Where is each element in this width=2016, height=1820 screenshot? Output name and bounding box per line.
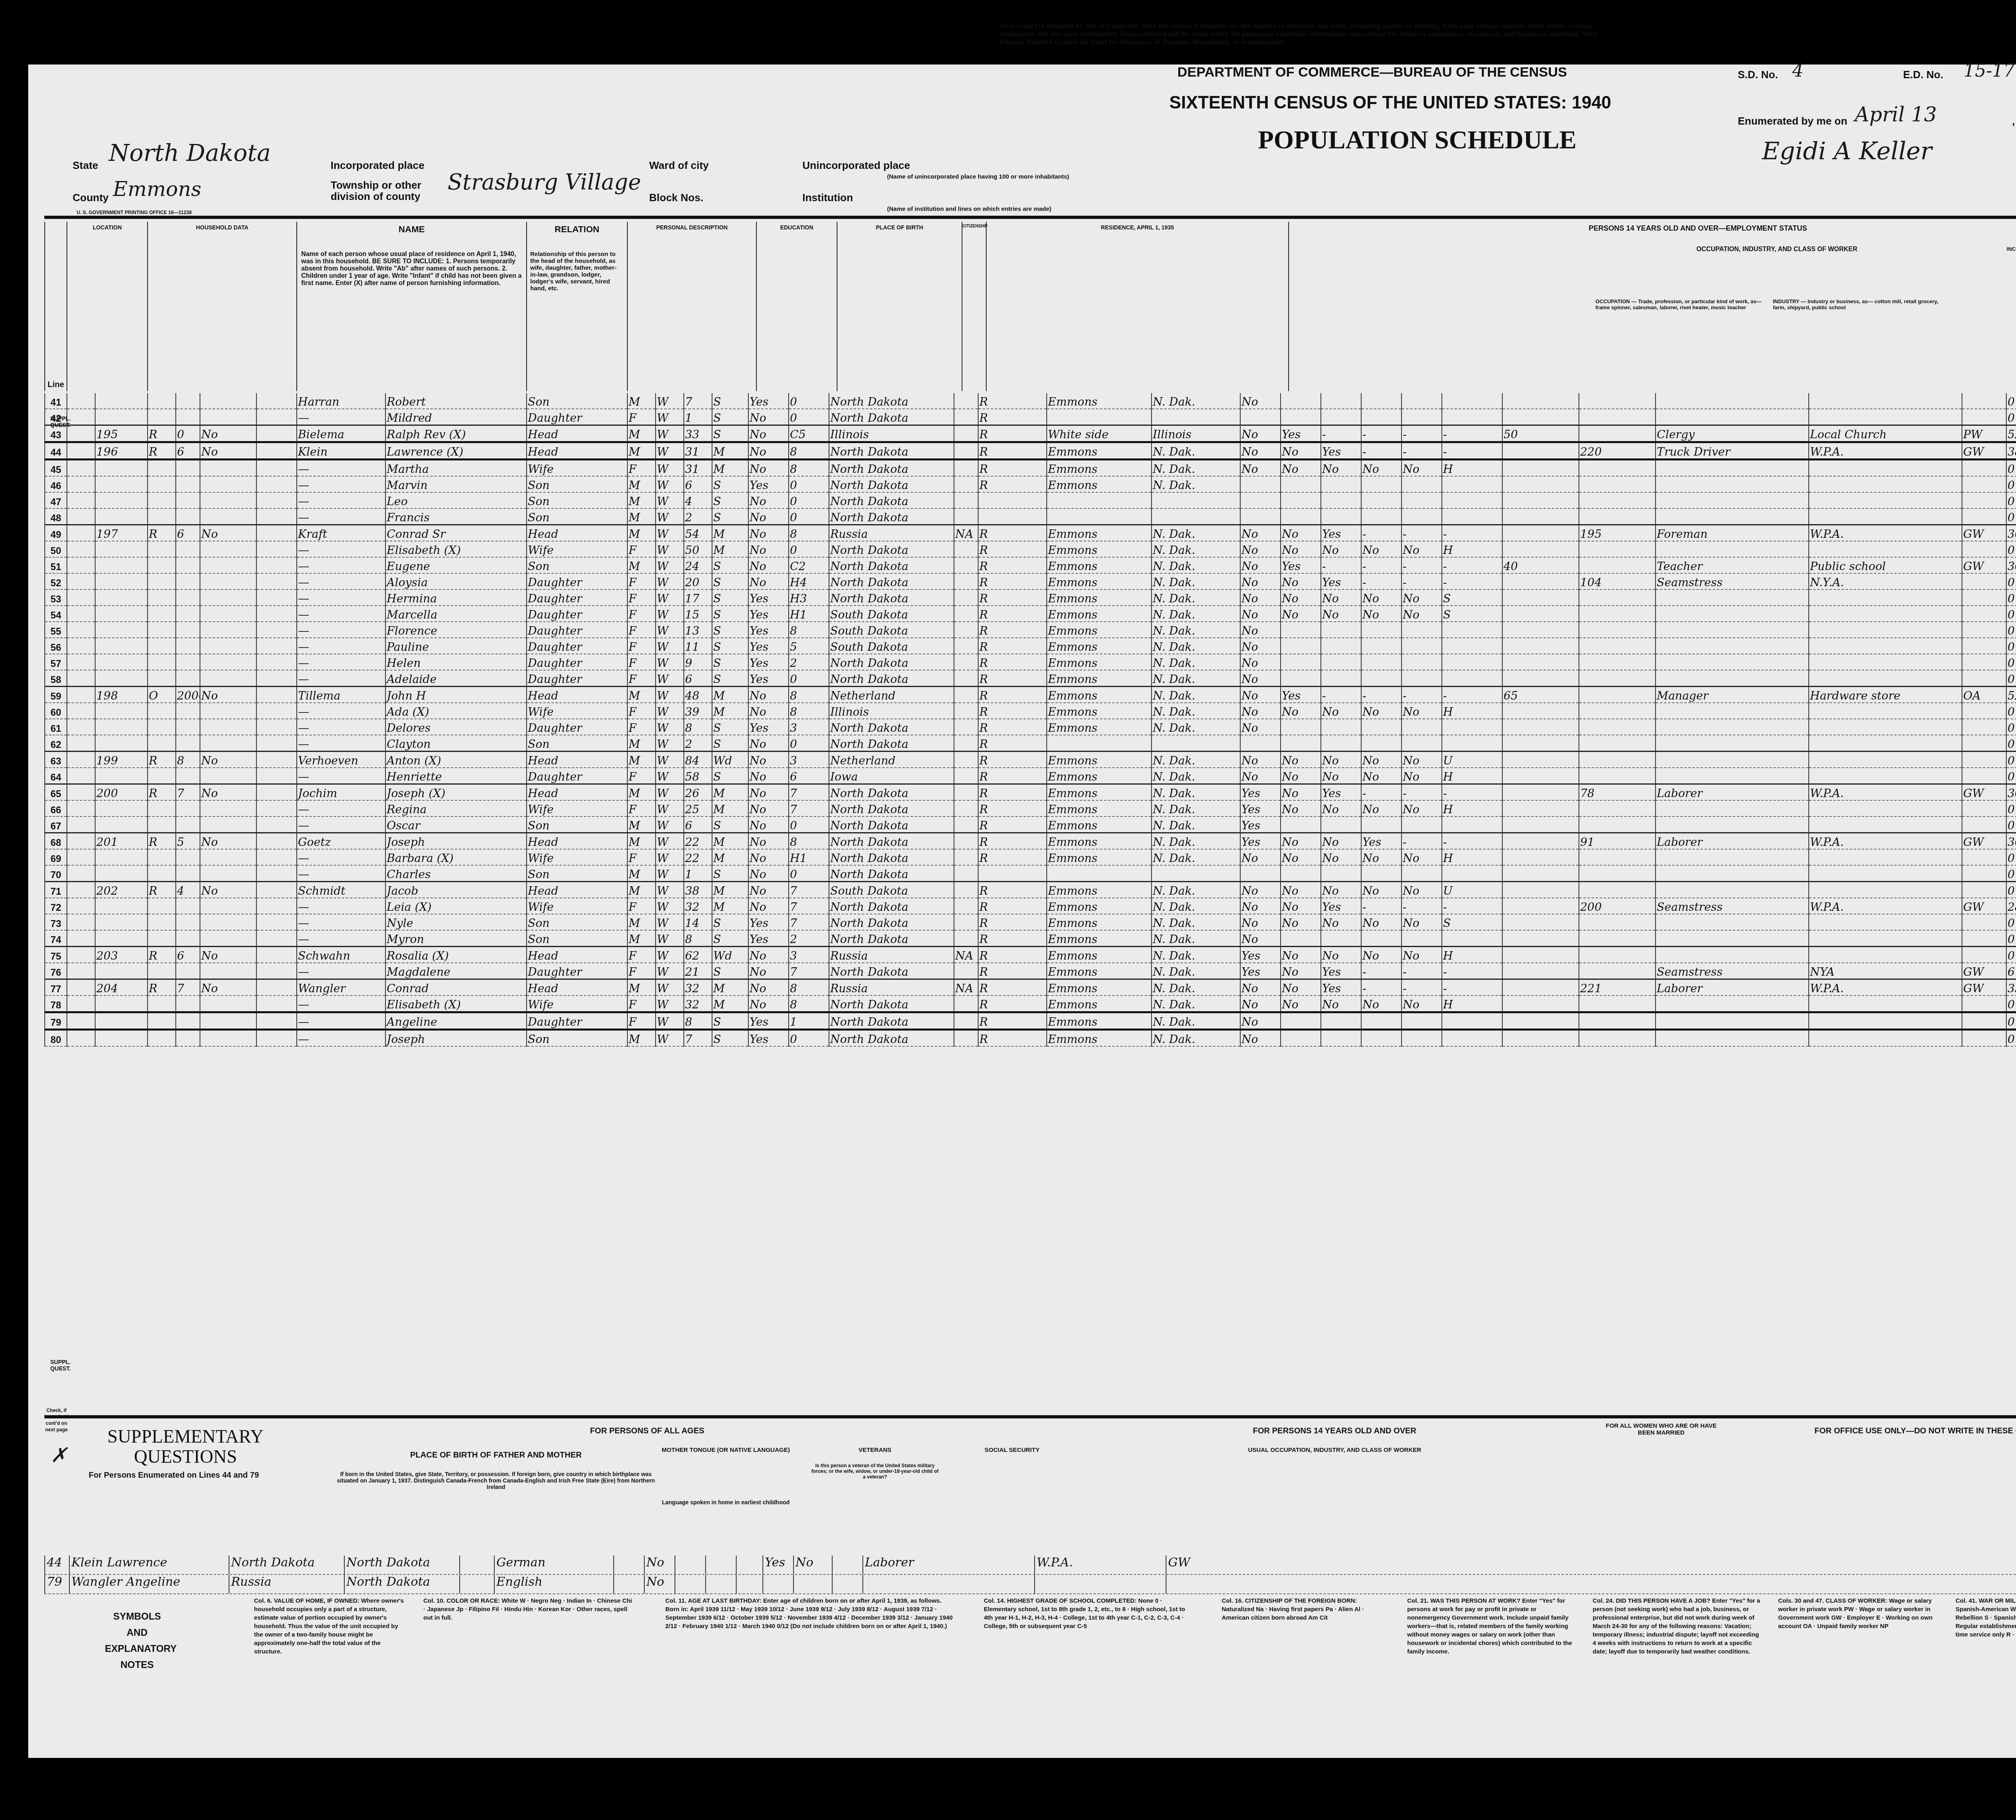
cell-c21 — [1281, 476, 1321, 492]
cell-line: 46 — [45, 476, 67, 492]
col-line-no: Line — [44, 222, 67, 391]
cell-given: Marcella — [385, 606, 527, 622]
cell-cit: NA — [954, 947, 978, 963]
cell-weeks: 0 — [2006, 914, 2016, 930]
cell-c24 — [1402, 492, 1442, 508]
cell-school: No — [748, 979, 789, 996]
cell-value — [176, 816, 200, 833]
cell-line: 44 — [45, 442, 67, 460]
cell-school: Yes — [748, 1030, 789, 1047]
cell-school: No — [748, 995, 789, 1012]
cell-grade: 8 — [789, 687, 829, 703]
cell-farm — [200, 409, 256, 425]
cell-res-farm: Yes — [1240, 816, 1281, 833]
table-row: 79—AngelineDaughterFW8SYes1North DakotaR… — [45, 1012, 2016, 1030]
cell-grade: 7 — [789, 882, 829, 898]
cell-codeA — [256, 1030, 297, 1047]
cell-age: 22 — [684, 849, 712, 865]
table-row: 64—HenrietteDaughterFW58SNo6IowaREmmonsN… — [45, 768, 2016, 784]
cell-c21 — [1281, 492, 1321, 508]
cell-c22: No — [1321, 947, 1361, 963]
cell-race: W — [656, 735, 684, 752]
cell-weeks: 38 — [2006, 442, 2016, 460]
cell-relation: Daughter — [527, 409, 627, 425]
cell-school: Yes — [748, 638, 789, 654]
cell-industry — [1809, 752, 1962, 768]
cell-street — [67, 914, 95, 930]
household-continued-check[interactable]: ✗ — [50, 1443, 67, 1467]
cell-cit — [954, 800, 978, 816]
cell-res-county: Emmons — [1047, 442, 1152, 460]
cell-c27 — [1579, 622, 1656, 638]
cell-cit — [954, 816, 978, 833]
cell-marital: S — [712, 606, 748, 622]
cell-c23 — [1361, 670, 1402, 687]
cell-codeA — [256, 460, 297, 477]
cell-c24 — [1402, 1012, 1442, 1030]
cell-value — [176, 849, 200, 865]
cell-res-county: Emmons — [1047, 833, 1152, 850]
cell-age: 21 — [684, 963, 712, 979]
cell-cit — [954, 557, 978, 573]
cell-c22: No — [1321, 914, 1361, 930]
cell-tenure: R — [148, 882, 176, 898]
cell-street — [67, 735, 95, 752]
cell-age: 6 — [684, 670, 712, 687]
cell-class: GW — [1962, 784, 2006, 801]
cell-res-state: N. Dak. — [1152, 914, 1240, 930]
cell-codeA — [256, 849, 297, 865]
cell-farm — [200, 995, 256, 1012]
cell-occupation — [1656, 768, 1809, 784]
cell-c21: No — [1281, 768, 1321, 784]
cell-codeA — [256, 557, 297, 573]
cell-marital: S — [712, 573, 748, 589]
cell-weeks: 52 — [2006, 425, 2016, 442]
supp-cell-usual-class — [1166, 1575, 1212, 1593]
township-value: Strasburg Village — [448, 169, 641, 195]
cell-surname: — — [297, 606, 385, 622]
cell-race: W — [656, 687, 684, 703]
cell-c21: No — [1281, 589, 1321, 606]
cell-cit — [954, 768, 978, 784]
cell-tenure: R — [148, 425, 176, 442]
cell-street — [67, 589, 95, 606]
cell-cit — [954, 606, 978, 622]
cell-grade: H1 — [789, 849, 829, 865]
cell-house: 203 — [95, 947, 148, 963]
cell-res-city — [978, 508, 1047, 525]
cell-sex: F — [627, 703, 656, 719]
cell-c25: - — [1442, 963, 1502, 979]
cell-given: Pauline — [385, 638, 527, 654]
cell-line: 56 — [45, 638, 67, 654]
cell-res-state: N. Dak. — [1152, 800, 1240, 816]
cell-race: W — [656, 557, 684, 573]
cell-race: W — [656, 541, 684, 557]
cell-c21: No — [1281, 442, 1321, 460]
cell-res-city: R — [978, 1030, 1047, 1047]
cell-house — [95, 735, 148, 752]
cell-c23 — [1361, 409, 1402, 425]
cell-farm — [200, 670, 256, 687]
cell-c24 — [1402, 393, 1442, 409]
cell-c23: No — [1361, 606, 1402, 622]
cell-weeks: 0 — [2006, 573, 2016, 589]
cell-codeA — [256, 525, 297, 541]
cell-codeA — [256, 963, 297, 979]
cell-age: 48 — [684, 687, 712, 703]
cell-weeks: 0 — [2006, 409, 2016, 425]
cell-value — [176, 393, 200, 409]
cell-res-state: N. Dak. — [1152, 557, 1240, 573]
cell-res-state: N. Dak. — [1152, 703, 1240, 719]
cell-weeks: 0 — [2006, 670, 2016, 687]
cell-line: 80 — [45, 1030, 67, 1047]
cell-c27 — [1579, 460, 1656, 477]
col-group-residence: RESIDENCE, APRIL 1, 1935 — [986, 222, 1288, 391]
cell-line: 62 — [45, 735, 67, 752]
cell-tenure — [148, 654, 176, 670]
table-row: 51—EugeneSonMW24SNoC2North DakotaREmmons… — [45, 557, 2016, 573]
cell-marital: M — [712, 979, 748, 996]
cell-res-farm: No — [1240, 703, 1281, 719]
cell-class — [1962, 719, 2006, 735]
cell-c26 — [1502, 719, 1579, 735]
cell-class — [1962, 800, 2006, 816]
cell-res-county: Emmons — [1047, 654, 1152, 670]
cell-industry — [1809, 606, 1962, 622]
cell-race: W — [656, 768, 684, 784]
cell-c21 — [1281, 930, 1321, 947]
cell-c23: - — [1361, 784, 1402, 801]
cell-res-farm: Yes — [1240, 833, 1281, 850]
cell-grade: 7 — [789, 898, 829, 914]
cell-class — [1962, 622, 2006, 638]
cell-res-state: N. Dak. — [1152, 1012, 1240, 1030]
cell-c24: - — [1402, 833, 1442, 850]
cell-tenure — [148, 622, 176, 638]
cell-class — [1962, 752, 2006, 768]
cell-c25: - — [1442, 425, 1502, 442]
cell-cit — [954, 995, 978, 1012]
supp-cell-language: German — [494, 1556, 613, 1574]
cell-tenure — [148, 703, 176, 719]
cell-res-city: R — [978, 719, 1047, 735]
cell-c25 — [1442, 508, 1502, 525]
cell-c26 — [1502, 442, 1579, 460]
cell-occupation — [1656, 589, 1809, 606]
cell-res-city: R — [978, 409, 1047, 425]
table-row: 65200R7NoJochimJoseph (X)HeadMW26MNo7Nor… — [45, 784, 2016, 801]
cell-res-county: Emmons — [1047, 768, 1152, 784]
cell-c22: No — [1321, 768, 1361, 784]
table-row: 49197R6NoKraftConrad SrHeadMW54MNo8Russi… — [45, 525, 2016, 541]
cell-sex: F — [627, 589, 656, 606]
cell-res-county — [1047, 508, 1152, 525]
table-row: 72—Leia (X)WifeFW32MNo7North DakotaREmmo… — [45, 898, 2016, 914]
cell-school: No — [748, 752, 789, 768]
supplementary-title: SUPPLEMENTARY QUESTIONS — [93, 1426, 278, 1467]
cell-farm — [200, 816, 256, 833]
cell-school: No — [748, 865, 789, 882]
note-col11: Col. 11. AGE AT LAST BIRTHDAY: Enter age… — [665, 1597, 956, 1631]
supp-cell-mother: North Dakota — [344, 1575, 459, 1593]
cell-surname: — — [297, 654, 385, 670]
cell-res-city: R — [978, 442, 1047, 460]
cell-c23: - — [1361, 687, 1402, 703]
cell-given: Florence — [385, 622, 527, 638]
cell-house — [95, 1012, 148, 1030]
cell-c26: 50 — [1502, 425, 1579, 442]
cell-res-city: R — [978, 541, 1047, 557]
cell-marital: M — [712, 849, 748, 865]
cell-grade: H3 — [789, 589, 829, 606]
cell-tenure — [148, 589, 176, 606]
cell-value — [176, 1030, 200, 1047]
cell-occupation: Clergy — [1656, 425, 1809, 442]
cell-occupation — [1656, 508, 1809, 525]
cell-c22: - — [1321, 557, 1361, 573]
cell-res-county: Emmons — [1047, 606, 1152, 622]
cell-farm: No — [200, 442, 256, 460]
cell-line: 53 — [45, 589, 67, 606]
cell-c21: No — [1281, 541, 1321, 557]
cell-c26 — [1502, 409, 1579, 425]
cell-codeA — [256, 1012, 297, 1030]
cell-res-state: N. Dak. — [1152, 784, 1240, 801]
cell-street — [67, 460, 95, 477]
cell-birthplace: North Dakota — [829, 409, 954, 425]
cell-sex: F — [627, 1012, 656, 1030]
cell-grade: 7 — [789, 784, 829, 801]
cell-res-state — [1152, 492, 1240, 508]
cell-occupation: Manager — [1656, 687, 1809, 703]
supp-cell-father: North Dakota — [229, 1556, 344, 1574]
cell-farm: No — [200, 752, 256, 768]
cell-birthplace: North Dakota — [829, 719, 954, 735]
cell-school: No — [748, 963, 789, 979]
cell-relation: Son — [527, 914, 627, 930]
cell-race: W — [656, 508, 684, 525]
cell-c24 — [1402, 735, 1442, 752]
cell-relation: Head — [527, 833, 627, 850]
cell-given: Delores — [385, 719, 527, 735]
cell-c24: No — [1402, 914, 1442, 930]
cell-school: No — [748, 898, 789, 914]
cell-weeks: 0 — [2006, 508, 2016, 525]
cell-c21: No — [1281, 882, 1321, 898]
cell-industry — [1809, 670, 1962, 687]
cell-surname: — — [297, 849, 385, 865]
cell-race: W — [656, 882, 684, 898]
cell-res-state: N. Dak. — [1152, 930, 1240, 947]
cell-race: W — [656, 638, 684, 654]
cell-c25 — [1442, 719, 1502, 735]
supp-cell-usual-ind — [1034, 1575, 1166, 1593]
table-row: 42—MildredDaughterFW1SNo0North DakotaR00… — [45, 409, 2016, 425]
cell-c21: No — [1281, 800, 1321, 816]
cell-industry — [1809, 882, 1962, 898]
cell-house — [95, 816, 148, 833]
cell-res-county: Emmons — [1047, 752, 1152, 768]
cell-sex: F — [627, 995, 656, 1012]
cell-relation: Head — [527, 687, 627, 703]
cell-res-farm: No — [1240, 654, 1281, 670]
cell-industry — [1809, 865, 1962, 882]
cell-value — [176, 460, 200, 477]
cell-c27 — [1579, 752, 1656, 768]
cell-relation: Daughter — [527, 573, 627, 589]
cell-cit — [954, 573, 978, 589]
cell-c26 — [1502, 963, 1579, 979]
cell-class: GW — [1962, 442, 2006, 460]
cell-codeA — [256, 735, 297, 752]
cell-occupation — [1656, 393, 1809, 409]
cell-cit — [954, 882, 978, 898]
cell-res-state: N. Dak. — [1152, 687, 1240, 703]
supp-cell-language: English — [494, 1575, 613, 1593]
cell-res-state: N. Dak. — [1152, 393, 1240, 409]
cell-res-county: Emmons — [1047, 541, 1152, 557]
cell-c25: - — [1442, 687, 1502, 703]
cell-surname: Bielema — [297, 425, 385, 442]
cell-given: Myron — [385, 930, 527, 947]
cell-tenure — [148, 865, 176, 882]
table-row: 78—Elisabeth (X)WifeFW32MNo8North Dakota… — [45, 995, 2016, 1012]
cell-res-farm — [1240, 508, 1281, 525]
cell-res-county: Emmons — [1047, 930, 1152, 947]
cell-industry — [1809, 816, 1962, 833]
cell-res-farm — [1240, 865, 1281, 882]
cell-res-city: R — [978, 638, 1047, 654]
cell-codeA — [256, 393, 297, 409]
cell-c26 — [1502, 638, 1579, 654]
cell-house — [95, 1030, 148, 1047]
ward-label: Ward of city — [649, 159, 709, 172]
supp-cell-usual-occ — [862, 1575, 1034, 1593]
cell-occupation: Truck Driver — [1656, 442, 1809, 460]
cell-c24: No — [1402, 995, 1442, 1012]
cell-res-city: R — [978, 914, 1047, 930]
table-row: 48—FrancisSonMW2SNo0North Dakota00No48 — [45, 508, 2016, 525]
cell-birthplace: North Dakota — [829, 476, 954, 492]
cell-c26 — [1502, 995, 1579, 1012]
cell-cit — [954, 476, 978, 492]
cell-value — [176, 654, 200, 670]
census-table: 41HarranRobertSonMW7SYes0North DakotaREm… — [44, 393, 2016, 1047]
cell-occupation — [1656, 409, 1809, 425]
cell-c22 — [1321, 735, 1361, 752]
cell-age: 20 — [684, 573, 712, 589]
cell-c27 — [1579, 930, 1656, 947]
cell-value — [176, 476, 200, 492]
cell-house — [95, 849, 148, 865]
col-group-citizenship: CITIZENSHIP — [962, 222, 986, 391]
cell-codeA — [256, 606, 297, 622]
cell-c27 — [1579, 800, 1656, 816]
cell-c26 — [1502, 849, 1579, 865]
cell-industry: Public school — [1809, 557, 1962, 573]
cell-line: 60 — [45, 703, 67, 719]
cell-res-state: N. Dak. — [1152, 606, 1240, 622]
col-group-household: HOUSEHOLD DATA — [147, 222, 296, 391]
cell-class — [1962, 492, 2006, 508]
cell-weeks: 0 — [2006, 752, 2016, 768]
block-label: Block Nos. — [649, 192, 703, 204]
cell-line: 45 — [45, 460, 67, 477]
census-title: SIXTEENTH CENSUS OF THE UNITED STATES: 1… — [1169, 93, 1611, 113]
cell-sex: F — [627, 654, 656, 670]
cell-c23: - — [1361, 898, 1402, 914]
cell-farm: No — [200, 979, 256, 996]
cell-tenure: R — [148, 784, 176, 801]
cell-birthplace: Russia — [829, 979, 954, 996]
supplementary-row: 44Klein LawrenceNorth DakotaNorth Dakota… — [44, 1556, 2016, 1575]
cell-age: 8 — [684, 930, 712, 947]
cell-class: GW — [1962, 557, 2006, 573]
cell-value — [176, 719, 200, 735]
cell-c24: No — [1402, 947, 1442, 963]
cell-res-farm: No — [1240, 425, 1281, 442]
cell-c23: - — [1361, 557, 1402, 573]
cell-occupation — [1656, 606, 1809, 622]
cell-occupation: Laborer — [1656, 784, 1809, 801]
cell-res-state: N. Dak. — [1152, 1030, 1240, 1047]
institution-label: Institution — [802, 192, 853, 204]
cell-c23: No — [1361, 882, 1402, 898]
cell-birthplace: North Dakota — [829, 898, 954, 914]
cell-c22: Yes — [1321, 442, 1361, 460]
cell-race: W — [656, 654, 684, 670]
cell-res-farm: No — [1240, 914, 1281, 930]
cell-street — [67, 930, 95, 947]
cell-line: 49 — [45, 525, 67, 541]
cell-marital: S — [712, 1012, 748, 1030]
cell-birthplace: North Dakota — [829, 784, 954, 801]
cell-tenure — [148, 393, 176, 409]
cell-house — [95, 606, 148, 622]
cell-c22: No — [1321, 882, 1361, 898]
cell-street — [67, 947, 95, 963]
cell-res-county: Emmons — [1047, 1030, 1152, 1047]
cell-grade: 8 — [789, 622, 829, 638]
cell-age: 32 — [684, 995, 712, 1012]
cell-industry: W.P.A. — [1809, 833, 1962, 850]
birth-parents-note: If born in the United States, give State… — [335, 1471, 657, 1490]
cell-street — [67, 622, 95, 638]
cell-sex: F — [627, 670, 656, 687]
cell-industry — [1809, 508, 1962, 525]
cell-given: Mildred — [385, 409, 527, 425]
cell-race: W — [656, 622, 684, 638]
cell-c23: No — [1361, 589, 1402, 606]
cell-race: W — [656, 442, 684, 460]
cell-surname: — — [297, 638, 385, 654]
cell-sex: M — [627, 882, 656, 898]
social-security-header: SOCIAL SECURITY — [952, 1447, 1073, 1454]
cell-c22: Yes — [1321, 898, 1361, 914]
cell-res-farm: No — [1240, 541, 1281, 557]
cell-c26 — [1502, 573, 1579, 589]
cell-value — [176, 606, 200, 622]
cell-c21: No — [1281, 460, 1321, 477]
cell-weeks: 0 — [2006, 768, 2016, 784]
cell-c27 — [1579, 409, 1656, 425]
cell-codeA — [256, 930, 297, 947]
cell-given: Elisabeth (X) — [385, 995, 527, 1012]
cell-c21: Yes — [1281, 425, 1321, 442]
